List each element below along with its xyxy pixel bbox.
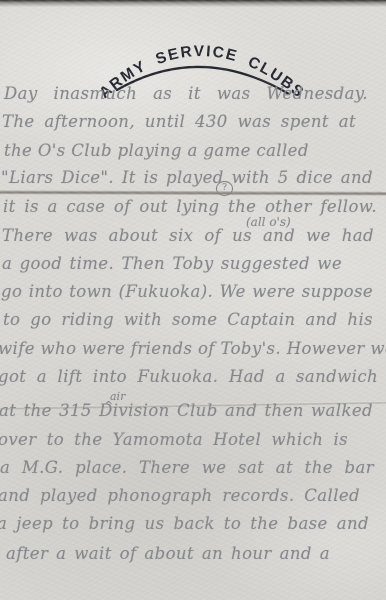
circled-question-annotation: ? xyxy=(216,181,233,196)
handwritten-line: and played phonograph records. Called xyxy=(0,486,360,512)
handwritten-line: There was about six of us and we had xyxy=(2,226,374,252)
scan-edge-shadow xyxy=(0,0,386,7)
handwritten-line: Day inasmuch as it was Wednesday. xyxy=(4,84,368,110)
handwritten-line: at the 315 Division Club and then walked xyxy=(0,401,373,427)
handwritten-line: go into town (Fukuoka). We were suppose xyxy=(1,282,373,308)
handwritten-line: after a wait of about an hour and a xyxy=(6,544,330,570)
insertion-caret: ^ xyxy=(104,399,113,412)
letter-page: ARMY SERVICE CLUBS Day inasmuch as it wa… xyxy=(0,0,386,600)
all-os-insertion: (all o's) xyxy=(246,215,291,229)
handwritten-line: it is a case of out lying the other fell… xyxy=(3,197,377,223)
handwritten-line: the O's Club playing a game called xyxy=(4,141,296,167)
handwritten-line: wife who were friends of Toby's. However… xyxy=(0,339,378,365)
handwritten-line: to go riding with some Captain and his xyxy=(3,310,373,336)
handwritten-line: a good time. Then Toby suggested we xyxy=(2,254,342,280)
handwritten-line: "Liars Dice". It is played with 5 dice a… xyxy=(1,168,373,194)
handwritten-line: a jeep to bring us back to the base and xyxy=(0,514,369,540)
handwritten-line: The afternoon, until 430 was spent at xyxy=(2,112,356,138)
handwritten-line: got a lift into Fukuoka. Had a sandwich xyxy=(0,367,378,393)
handwritten-line: a M.G. place. There we sat at the bar xyxy=(0,458,374,484)
handwritten-line: over to the Yamomota Hotel which is xyxy=(0,430,348,456)
